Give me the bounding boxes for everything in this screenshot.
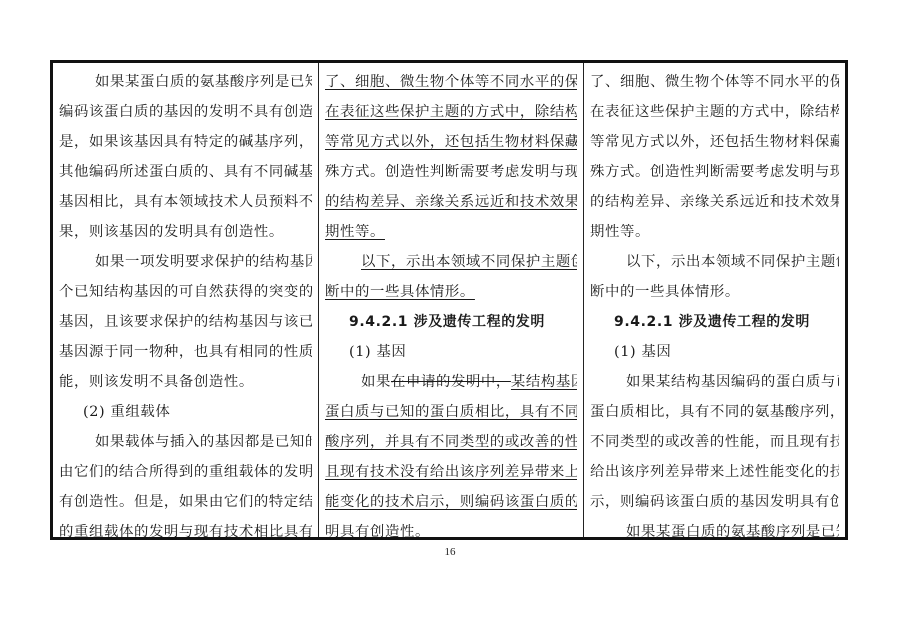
column-original: 如果某蛋白质的氨基酸序列是已知的，则 编码该蛋白质的基因的发明不具有创造性。但 … bbox=[53, 63, 319, 537]
text-line: 如果某结构基因编码的蛋白质与已知的 bbox=[590, 367, 839, 397]
text-line: 在表征这些保护主题的方式中，除结构与组成 bbox=[325, 97, 577, 127]
text-line: 酸序列，并具有不同类型的或改善的性能，而 bbox=[325, 427, 577, 457]
text-line: 基因相比，具有本领域技术人员预料不到的效 bbox=[59, 187, 312, 217]
text-line: 编码该蛋白质的基因的发明不具有创造性。但 bbox=[59, 97, 312, 127]
text-line: 等常见方式以外，还包括生物材料保藏号等特 bbox=[325, 127, 577, 157]
text-line: 以下，示出本领域不同保护主题创造性判 bbox=[590, 247, 839, 277]
column-revised-clean: 了、细胞、微生物个体等不同水平的保护主题。 在表征这些保护主题的方式中，除结构与… bbox=[584, 63, 845, 537]
text-line: 的结构差异、亲缘关系远近和技术效果的可预 bbox=[590, 187, 839, 217]
text-line: 了、细胞、微生物个体等不同水平的保护主题。 bbox=[325, 67, 577, 97]
text-line: 了、细胞、微生物个体等不同水平的保护主题。 bbox=[590, 67, 839, 97]
subsection-label: (1) 基因 bbox=[590, 337, 839, 367]
text-line: 殊方式。创造性判断需要考虑发明与现有技术 bbox=[325, 157, 577, 187]
section-heading: 9.4.2.1 涉及遗传工程的发明 bbox=[590, 307, 839, 337]
inserted-text: 在表征这些保护主题的方式中，除结构与组成 bbox=[325, 104, 577, 120]
subsection-label: (2) 重组载体 bbox=[59, 397, 312, 427]
inserted-text: 能变化的技术启示，则编码该蛋白质的基因发 bbox=[325, 494, 577, 510]
text-line: 基因，且该要求保护的结构基因与该已知结构 bbox=[59, 307, 312, 337]
text-line: 果，则该基因的发明具有创造性。 bbox=[59, 217, 312, 247]
inserted-text: 某结构基因编码的 bbox=[511, 374, 577, 390]
text-line: 其他编码所述蛋白质的、具有不同碱基序列的 bbox=[59, 157, 312, 187]
text-line: 明具有创造性。 bbox=[325, 517, 577, 537]
text-line: 的重组载体的发明与现有技术相比具有预料 bbox=[59, 517, 312, 537]
inserted-text: 期性等。 bbox=[325, 224, 385, 240]
inserted-text: 的结构差异、亲缘关系远近和技术效果的可预 bbox=[325, 194, 577, 210]
text-line: 如果在申请的发明中，某结构基因编码的 bbox=[325, 367, 577, 397]
text-line: 给出该序列差异带来上述性能变化的技术启 bbox=[590, 457, 839, 487]
text-line: 如果某蛋白质的氨基酸序列是已知的，则 bbox=[590, 517, 839, 537]
text-line: 能，则该发明不具备创造性。 bbox=[59, 367, 312, 397]
text-line: 如果一项发明要求保护的结构基因是一 bbox=[59, 247, 312, 277]
subsection-label: (1) 基因 bbox=[325, 337, 577, 367]
text-line: 蛋白质相比，具有不同的氨基酸序列，并具有 bbox=[590, 397, 839, 427]
inserted-text: 且现有技术没有给出该序列差异带来上述性 bbox=[325, 464, 577, 480]
text-line: 基因源于同一物种，也具有相同的性质和功 bbox=[59, 337, 312, 367]
text-line: 个已知结构基因的可自然获得的突变的结构 bbox=[59, 277, 312, 307]
text-line: 的结构差异、亲缘关系远近和技术效果的可预 bbox=[325, 187, 577, 217]
inserted-text: 蛋白质与已知的蛋白质相比，具有不同的氨基 bbox=[325, 404, 577, 420]
text-line: 在表征这些保护主题的方式中，除结构与组成 bbox=[590, 97, 839, 127]
text-line: 有创造性。但是，如果由它们的特定结合形成 bbox=[59, 487, 312, 517]
text-line: 断中的一些具体情形。 bbox=[590, 277, 839, 307]
text-line: 示，则编码该蛋白质的基因发明具有创造性。 bbox=[590, 487, 839, 517]
inserted-text: 断中的一些具体情形。 bbox=[325, 284, 475, 300]
comparison-table: 如果某蛋白质的氨基酸序列是已知的，则 编码该蛋白质的基因的发明不具有创造性。但 … bbox=[50, 60, 848, 540]
section-heading: 9.4.2.1 涉及遗传工程的发明 bbox=[325, 307, 577, 337]
text-line: 如果某蛋白质的氨基酸序列是已知的，则 bbox=[59, 67, 312, 97]
text-line: 等常见方式以外，还包括生物材料保藏号等特 bbox=[590, 127, 839, 157]
text-line: 断中的一些具体情形。 bbox=[325, 277, 577, 307]
text-line: 是，如果该基因具有特定的碱基序列，而且与 bbox=[59, 127, 312, 157]
text-line: 不同类型的或改善的性能，而且现有技术没有 bbox=[590, 427, 839, 457]
text-line: 以下，示出本领域不同保护主题创造性判 bbox=[325, 247, 577, 277]
page-number: 16 bbox=[0, 546, 900, 558]
plain-text: 如果 bbox=[361, 374, 391, 390]
inserted-text: 明具有创造性。 bbox=[325, 524, 430, 537]
text-line: 能变化的技术启示，则编码该蛋白质的基因发 bbox=[325, 487, 577, 517]
inserted-text: 了、细胞、微生物个体等不同水平的保护主题。 bbox=[325, 74, 577, 90]
column-revised-marked: 了、细胞、微生物个体等不同水平的保护主题。 在表征这些保护主题的方式中，除结构与… bbox=[319, 63, 584, 537]
text-line: 由它们的结合所得到的重组载体的发明不具 bbox=[59, 457, 312, 487]
inserted-text: 以下，示出本领域不同保护主题创造性判 bbox=[361, 254, 577, 270]
text-line: 如果载体与插入的基因都是已知的，通常 bbox=[59, 427, 312, 457]
text-line: 蛋白质与已知的蛋白质相比，具有不同的氨基 bbox=[325, 397, 577, 427]
text-line: 期性等。 bbox=[590, 217, 839, 247]
text-line: 期性等。 bbox=[325, 217, 577, 247]
inserted-text: 等常见方式以外，还包括生物材料保藏号等特 bbox=[325, 134, 577, 150]
text-line: 殊方式。创造性判断需要考虑发明与现有技术 bbox=[590, 157, 839, 187]
inserted-text: 酸序列，并具有不同类型的或改善的性能，而 bbox=[325, 434, 577, 450]
deleted-text: 在申请的发明中， bbox=[391, 374, 511, 390]
text-line: 且现有技术没有给出该序列差异带来上述性 bbox=[325, 457, 577, 487]
